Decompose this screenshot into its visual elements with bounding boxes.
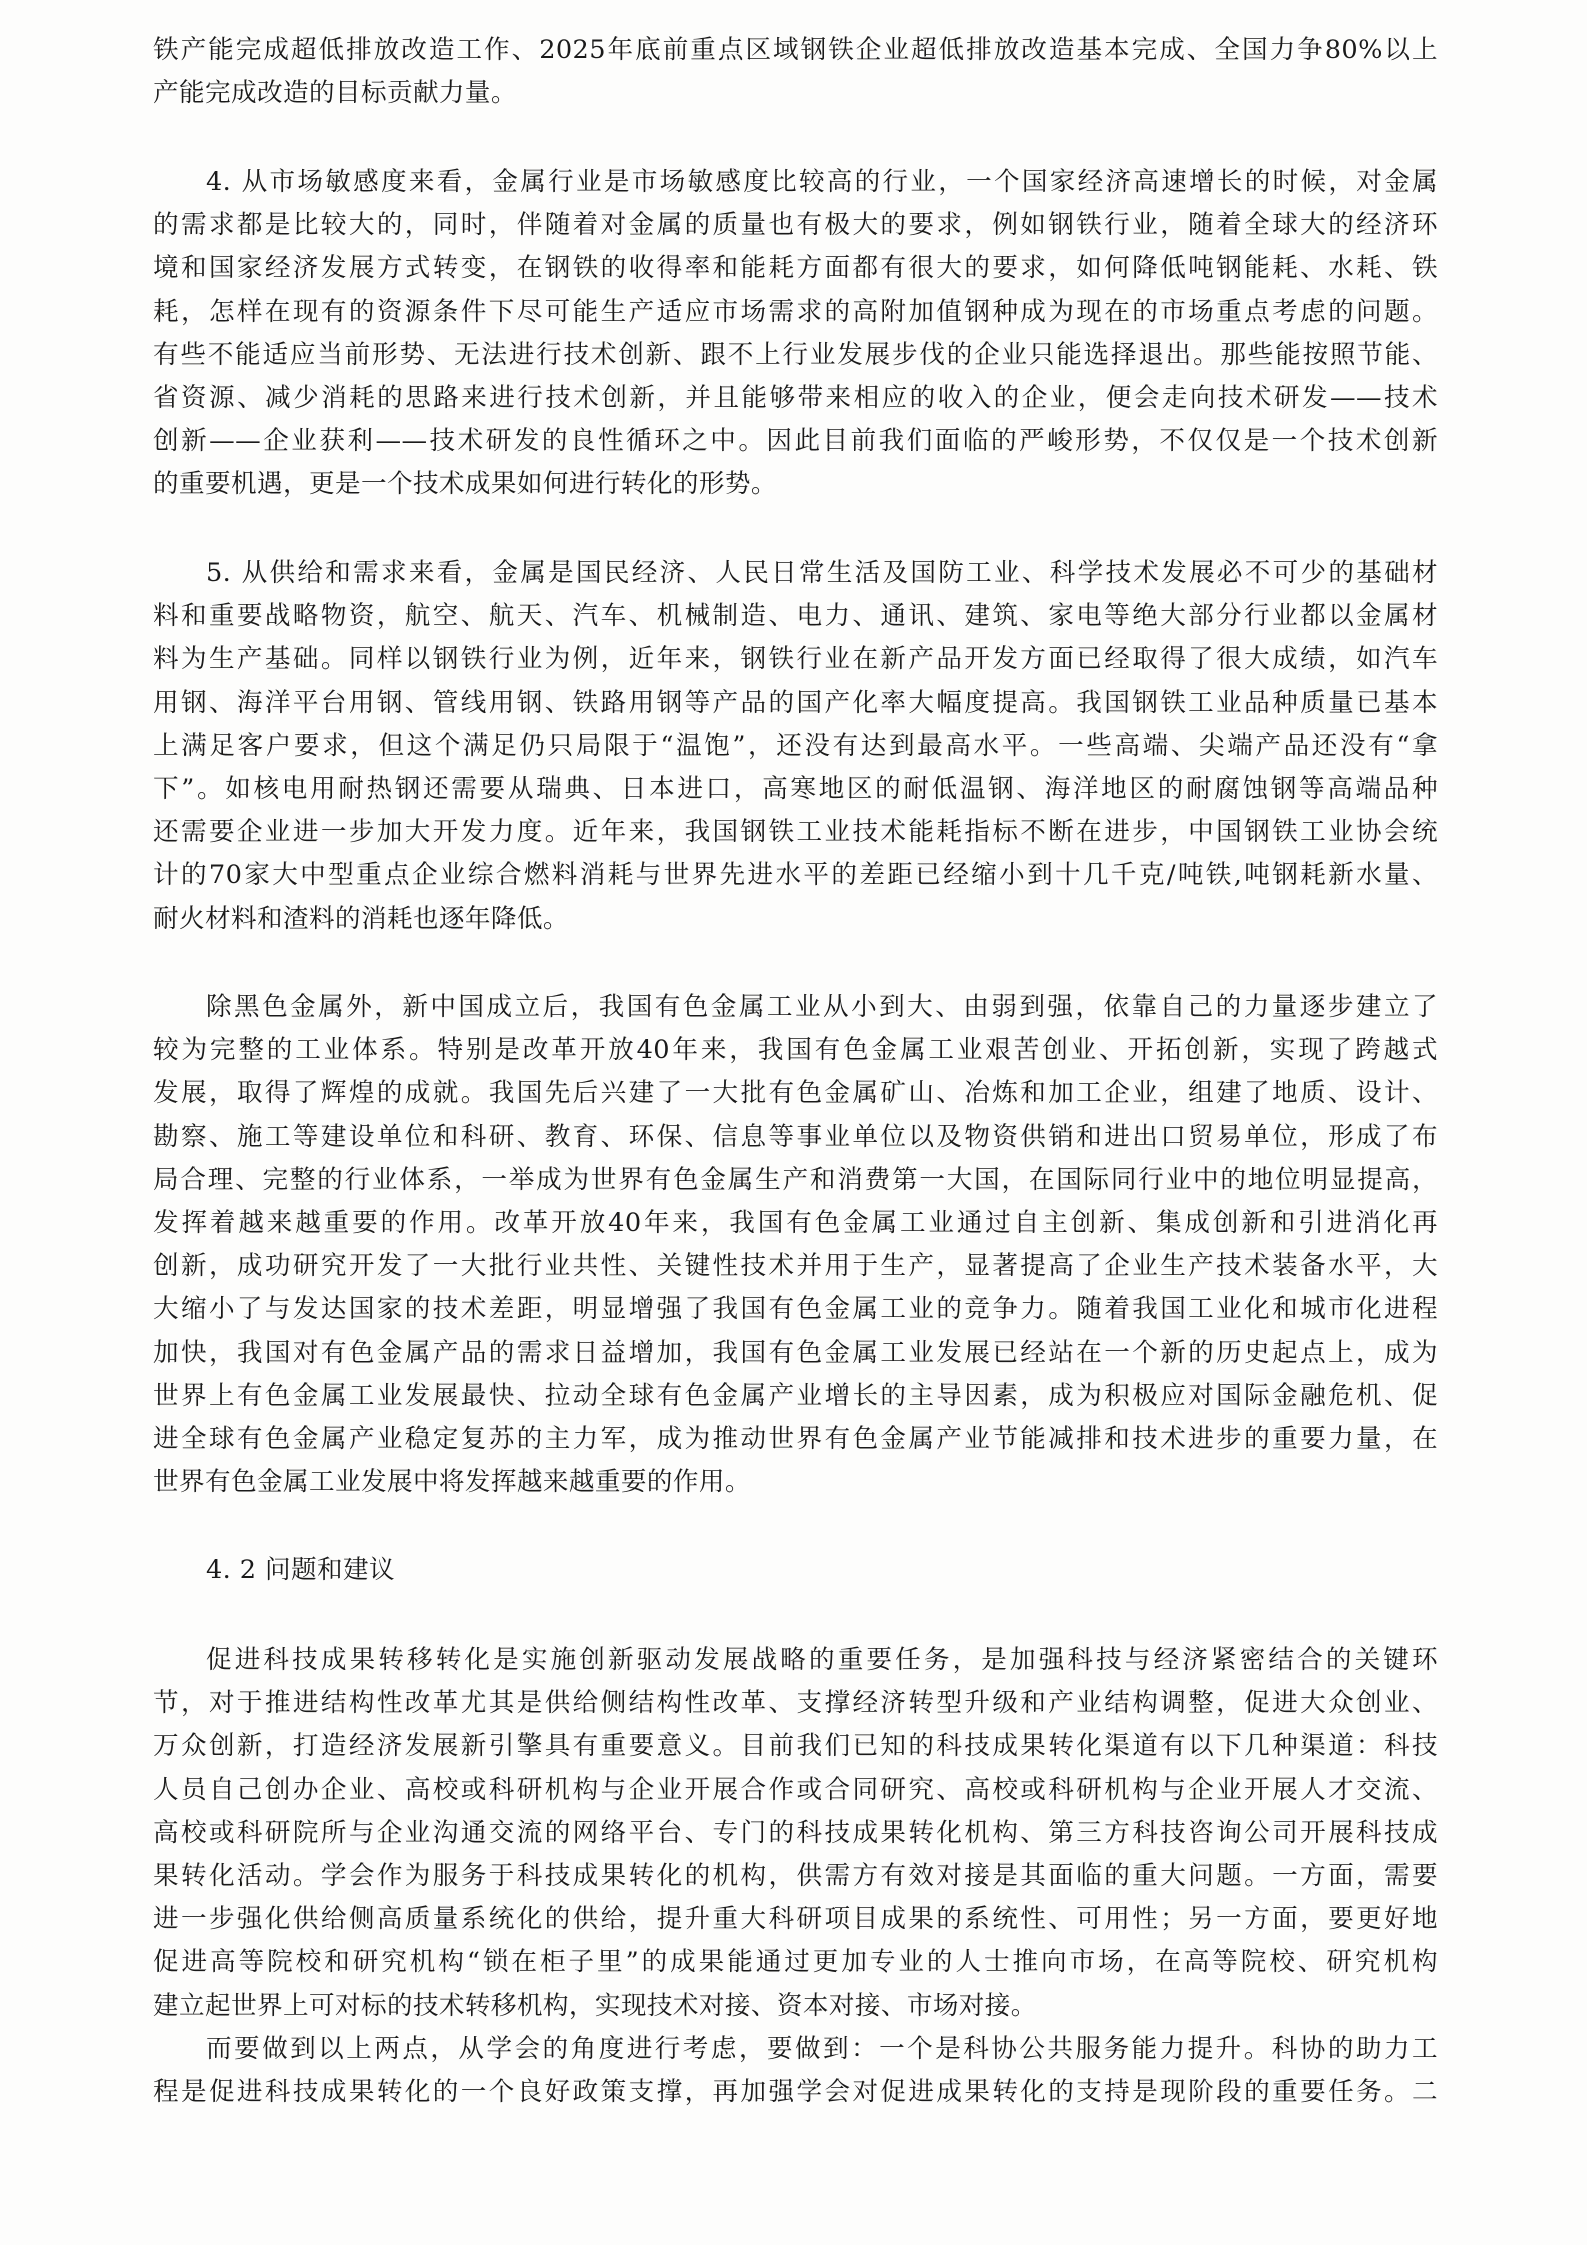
text-line: 料为生产基础。同样以钢铁行业为例，近年来，钢铁行业在新产品开发方面已经取得了很大… <box>153 638 1438 681</box>
text-line: 发展，取得了辉煌的成就。我国先后兴建了一大批有色金属矿山、冶炼和加工企业，组建了… <box>153 1072 1438 1115</box>
text-line: 勘察、施工等建设单位和科研、教育、环保、信息等事业单位以及物资供销和进出口贸易单… <box>153 1116 1438 1159</box>
paragraph-nonferrous-metals: 除黑色金属外，新中国成立后，我国有色金属工业从小到大、由弱到强，依靠自己的力量逐… <box>153 986 1438 1504</box>
text-line: 下”。如核电用耐热钢还需要从瑞典、日本进口，高寒地区的耐低温钢、海洋地区的耐腐蚀… <box>153 768 1438 811</box>
text-line: 料和重要战略物资，航空、航天、汽车、机械制造、电力、通讯、建筑、家电等绝大部分行… <box>153 595 1438 638</box>
paragraph-society-role: 而要做到以上两点，从学会的角度进行考虑，要做到：一个是科协公共服务能力提升。科协… <box>153 2028 1438 2114</box>
text-line: 万众创新，打造经济发展新引擎具有重要意义。目前我们已知的科技成果转化渠道有以下几… <box>153 1725 1438 1768</box>
text-line: 人员自己创办企业、高校或科研机构与企业开展合作或合同研究、高校或科研机构与企业开… <box>153 1769 1438 1812</box>
text-line: 5. 从供给和需求来看，金属是国民经济、人民日常生活及国防工业、科学技术发展必不… <box>153 552 1438 595</box>
text-line: 除黑色金属外，新中国成立后，我国有色金属工业从小到大、由弱到强，依靠自己的力量逐… <box>153 986 1438 1029</box>
text-line: 创新——企业获利——技术研发的良性循环之中。因此目前我们面临的严峻形势，不仅仅是… <box>153 420 1438 463</box>
text-line: 进全球有色金属产业稳定复苏的主力军，成为推动世界有色金属产业节能减排和技术进步的… <box>153 1418 1438 1461</box>
text-line: 大缩小了与发达国家的技术差距，明显增强了我国有色金属工业的竞争力。随着我国工业化… <box>153 1288 1438 1331</box>
text-line: 4. 从市场敏感度来看，金属行业是市场敏感度比较高的行业，一个国家经济高速增长的… <box>153 161 1438 204</box>
section-heading: 4. 2 问题和建议 <box>206 1549 395 1592</box>
text-line: 境和国家经济发展方式转变，在钢铁的收得率和能耗方面都有很大的要求，如何降低吨钢能… <box>153 247 1438 290</box>
paragraph-continuation: 铁产能完成超低排放改造工作、2025年底前重点区域钢铁企业超低排放改造基本完成、… <box>153 29 1438 115</box>
text-line: 用钢、海洋平台用钢、管线用钢、铁路用钢等产品的国产化率大幅度提高。我国钢铁工业品… <box>153 682 1438 725</box>
text-line: 节，对于推进结构性改革尤其是供给侧结构性改革、支撑经济转型升级和产业结构调整，促… <box>153 1682 1438 1725</box>
text-line: 程是促进科技成果转化的一个良好政策支撑，再加强学会对促进成果转化的支持是现阶段的… <box>153 2071 1438 2114</box>
text-line: 加快，我国对有色金属产品的需求日益增加，我国有色金属工业发展已经站在一个新的历史… <box>153 1332 1438 1375</box>
text-line: 果转化活动。学会作为服务于科技成果转化的机构，供需方有效对接是其面临的重大问题。… <box>153 1855 1438 1898</box>
text-line: 进一步强化供给侧高质量系统化的供给，提升重大科研项目成果的系统性、可用性；另一方… <box>153 1898 1438 1941</box>
text-line: 有些不能适应当前形势、无法进行技术创新、跟不上行业发展步伐的企业只能选择退出。那… <box>153 334 1438 377</box>
text-line: 耗，怎样在现有的资源条件下尽可能生产适应市场需求的高附加值钢种成为现在的市场重点… <box>153 291 1438 334</box>
document-page: 铁产能完成超低排放改造工作、2025年底前重点区域钢铁企业超低排放改造基本完成、… <box>0 0 1587 2245</box>
text-line: 而要做到以上两点，从学会的角度进行考虑，要做到：一个是科协公共服务能力提升。科协… <box>153 2028 1438 2071</box>
paragraph-supply-demand: 5. 从供给和需求来看，金属是国民经济、人民日常生活及国防工业、科学技术发展必不… <box>153 552 1438 941</box>
text-line: 的重要机遇，更是一个技术成果如何进行转化的形势。 <box>153 463 1438 506</box>
text-line: 上满足客户要求，但这个满足仍只局限于“温饱”，还没有达到最高水平。一些高端、尖端… <box>153 725 1438 768</box>
text-line: 计的70家大中型重点企业综合燃料消耗与世界先进水平的差距已经缩小到十几千克/吨铁… <box>153 854 1438 897</box>
text-line: 高校或科研院所与企业沟通交流的网络平台、专门的科技成果转化机构、第三方科技咨询公… <box>153 1812 1438 1855</box>
text-line: 耐火材料和渣料的消耗也逐年降低。 <box>153 898 1438 941</box>
text-line: 铁产能完成超低排放改造工作、2025年底前重点区域钢铁企业超低排放改造基本完成、… <box>153 29 1438 72</box>
text-line: 较为完整的工业体系。特别是改革开放40年来，我国有色金属工业艰苦创业、开拓创新，… <box>153 1029 1438 1072</box>
text-line: 促进科技成果转移转化是实施创新驱动发展战略的重要任务，是加强科技与经济紧密结合的… <box>153 1639 1438 1682</box>
text-line: 局合理、完整的行业体系，一举成为世界有色金属生产和消费第一大国，在国际同行业中的… <box>153 1159 1438 1202</box>
text-line: 创新，成功研究开发了一大批行业共性、关键性技术并用于生产，显著提高了企业生产技术… <box>153 1245 1438 1288</box>
text-line: 促进高等院校和研究机构“锁在柜子里”的成果能通过更加专业的人士推向市场，在高等院… <box>153 1941 1438 1984</box>
text-line: 的需求都是比较大的，同时，伴随着对金属的质量也有极大的要求，例如钢铁行业，随着全… <box>153 204 1438 247</box>
text-line: 世界上有色金属工业发展最快、拉动全球有色金属产业增长的主导因素，成为积极应对国际… <box>153 1375 1438 1418</box>
text-line: 建立起世界上可对标的技术转移机构，实现技术对接、资本对接、市场对接。 <box>153 1985 1438 2028</box>
text-line: 发挥着越来越重要的作用。改革开放40年来，我国有色金属工业通过自主创新、集成创新… <box>153 1202 1438 1245</box>
paragraph-tech-transfer: 促进科技成果转移转化是实施创新驱动发展战略的重要任务，是加强科技与经济紧密结合的… <box>153 1639 1438 2028</box>
text-line: 产能完成改造的目标贡献力量。 <box>153 72 1438 115</box>
paragraph-market-sensitivity: 4. 从市场敏感度来看，金属行业是市场敏感度比较高的行业，一个国家经济高速增长的… <box>153 161 1438 507</box>
text-line: 还需要企业进一步加大开发力度。近年来，我国钢铁工业技术能耗指标不断在进步，中国钢… <box>153 811 1438 854</box>
text-line: 省资源、减少消耗的思路来进行技术创新，并且能够带来相应的收入的企业，便会走向技术… <box>153 377 1438 420</box>
text-line: 世界有色金属工业发展中将发挥越来越重要的作用。 <box>153 1461 1438 1504</box>
